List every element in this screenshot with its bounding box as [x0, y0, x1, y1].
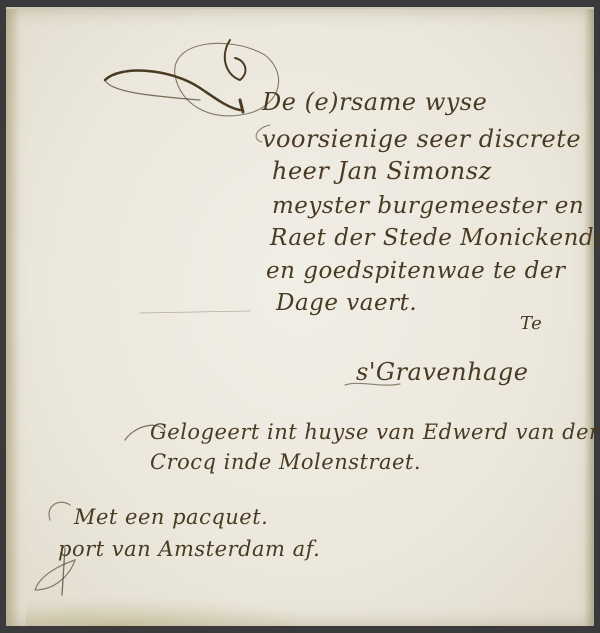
- address-line-3: heer Jan Simonsz: [272, 157, 492, 185]
- address-line-2: voorsienige seer discrete: [262, 125, 581, 153]
- place-name: s'Gravenhage: [356, 358, 528, 386]
- address-line-5: Raet der Stede Monickendam: [270, 225, 600, 251]
- lodging-line-2: Crocq inde Molenstraet.: [150, 450, 421, 474]
- address-line-1: De (e)rsame wyse: [262, 88, 487, 116]
- postscript-line-1: Met een pacquet.: [74, 505, 268, 529]
- postscript-line-2: port van Amsterdam af.: [58, 537, 320, 561]
- address-line-4: meyster burgemeester en: [272, 193, 584, 219]
- address-line-7: Dage vaert.: [276, 290, 417, 316]
- te-mark: Te: [520, 313, 542, 334]
- address-line-6: en goedspitenwae te der: [266, 258, 566, 284]
- lodging-line-1: Gelogeert int huyse van Edwerd van der: [150, 420, 600, 444]
